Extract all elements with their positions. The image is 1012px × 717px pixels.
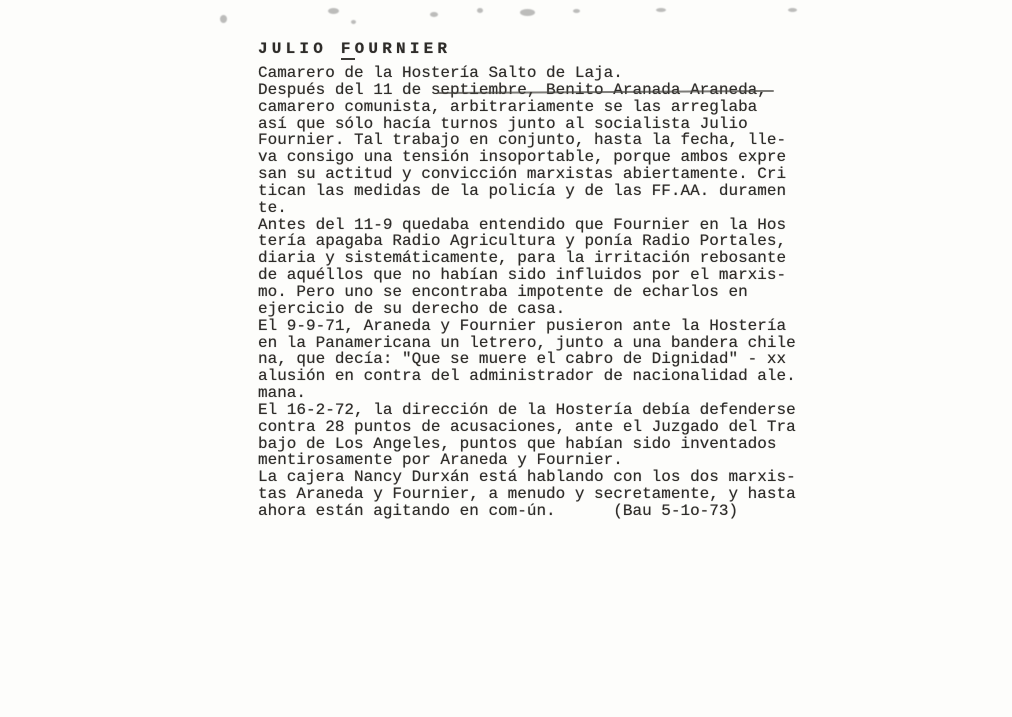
text-line: Camarero de la Hostería Salto de Laja. <box>258 65 878 82</box>
pencil-smudge <box>788 8 797 12</box>
text-line: Antes del 11-9 quedaba entendido que Fou… <box>258 217 878 234</box>
text-line: El 16-2-72, la dirección de la Hostería … <box>258 402 878 419</box>
text-line: de aquéllos que no habían sido influidos… <box>258 267 878 284</box>
text-line: mana. <box>258 385 878 402</box>
text-line: mo. Pero uno se encontraba impotente de … <box>258 284 878 301</box>
text-line: El 9-9-71, Araneda y Fournier pusieron a… <box>258 318 878 335</box>
pencil-smudge <box>573 9 580 13</box>
text-line: san su actitud y convicción marxistas ab… <box>258 166 878 183</box>
text-line: ahora están agitando en com-ún. (Bau 5-1… <box>258 503 878 520</box>
pencil-smudge <box>430 12 438 17</box>
text-line: en la Panamericana un letrero, junto a u… <box>258 335 878 352</box>
text-line: contra 28 puntos de acusaciones, ante el… <box>258 419 878 436</box>
pencil-smudge <box>656 8 666 12</box>
pencil-smudge <box>351 20 356 24</box>
text-line: ejercicio de su derecho de casa. <box>258 301 878 318</box>
document-title: JULIO FOURNIER <box>258 40 451 58</box>
text-line: alusión en contra del administrador de n… <box>258 368 878 385</box>
text-line: tería apagaba Radio Agricultura y ponía … <box>258 233 878 250</box>
text-line: así que sólo hacía turnos junto al socia… <box>258 116 878 133</box>
document-body: Camarero de la Hostería Salto de Laja.De… <box>258 65 878 520</box>
text-line: La cajera Nancy Durxán está hablando con… <box>258 469 878 486</box>
text-line: na, que decía: "Que se muere el cabro de… <box>258 351 878 368</box>
text-line: tas Araneda y Fournier, a menudo y secre… <box>258 486 878 503</box>
text-line: diaria y sistemáticamente, para la irrit… <box>258 250 878 267</box>
pencil-smudge <box>477 8 483 13</box>
text-line: camarero comunista, arbitrariamente se l… <box>258 99 878 116</box>
pencil-smudge <box>220 15 227 23</box>
title-text-start: JULIO <box>258 40 341 58</box>
scanned-page: JULIO FOURNIER Camarero de la Hostería S… <box>0 0 1012 717</box>
text-line: te. <box>258 200 878 217</box>
pencil-smudge <box>328 8 339 14</box>
text-line: mentirosamente por Araneda y Fournier. <box>258 452 878 469</box>
text-line: tican las medidas de la policía y de las… <box>258 183 878 200</box>
title-underlined-letter: F <box>341 40 355 60</box>
pencil-smudge <box>520 9 535 16</box>
text-line: Fournier. Tal trabajo en conjunto, hasta… <box>258 132 878 149</box>
text-line: bajo de Los Angeles, puntos que habían s… <box>258 436 878 453</box>
text-line: va consigo una tensión insoportable, por… <box>258 149 878 166</box>
title-text-end: OURNIER <box>355 40 452 58</box>
